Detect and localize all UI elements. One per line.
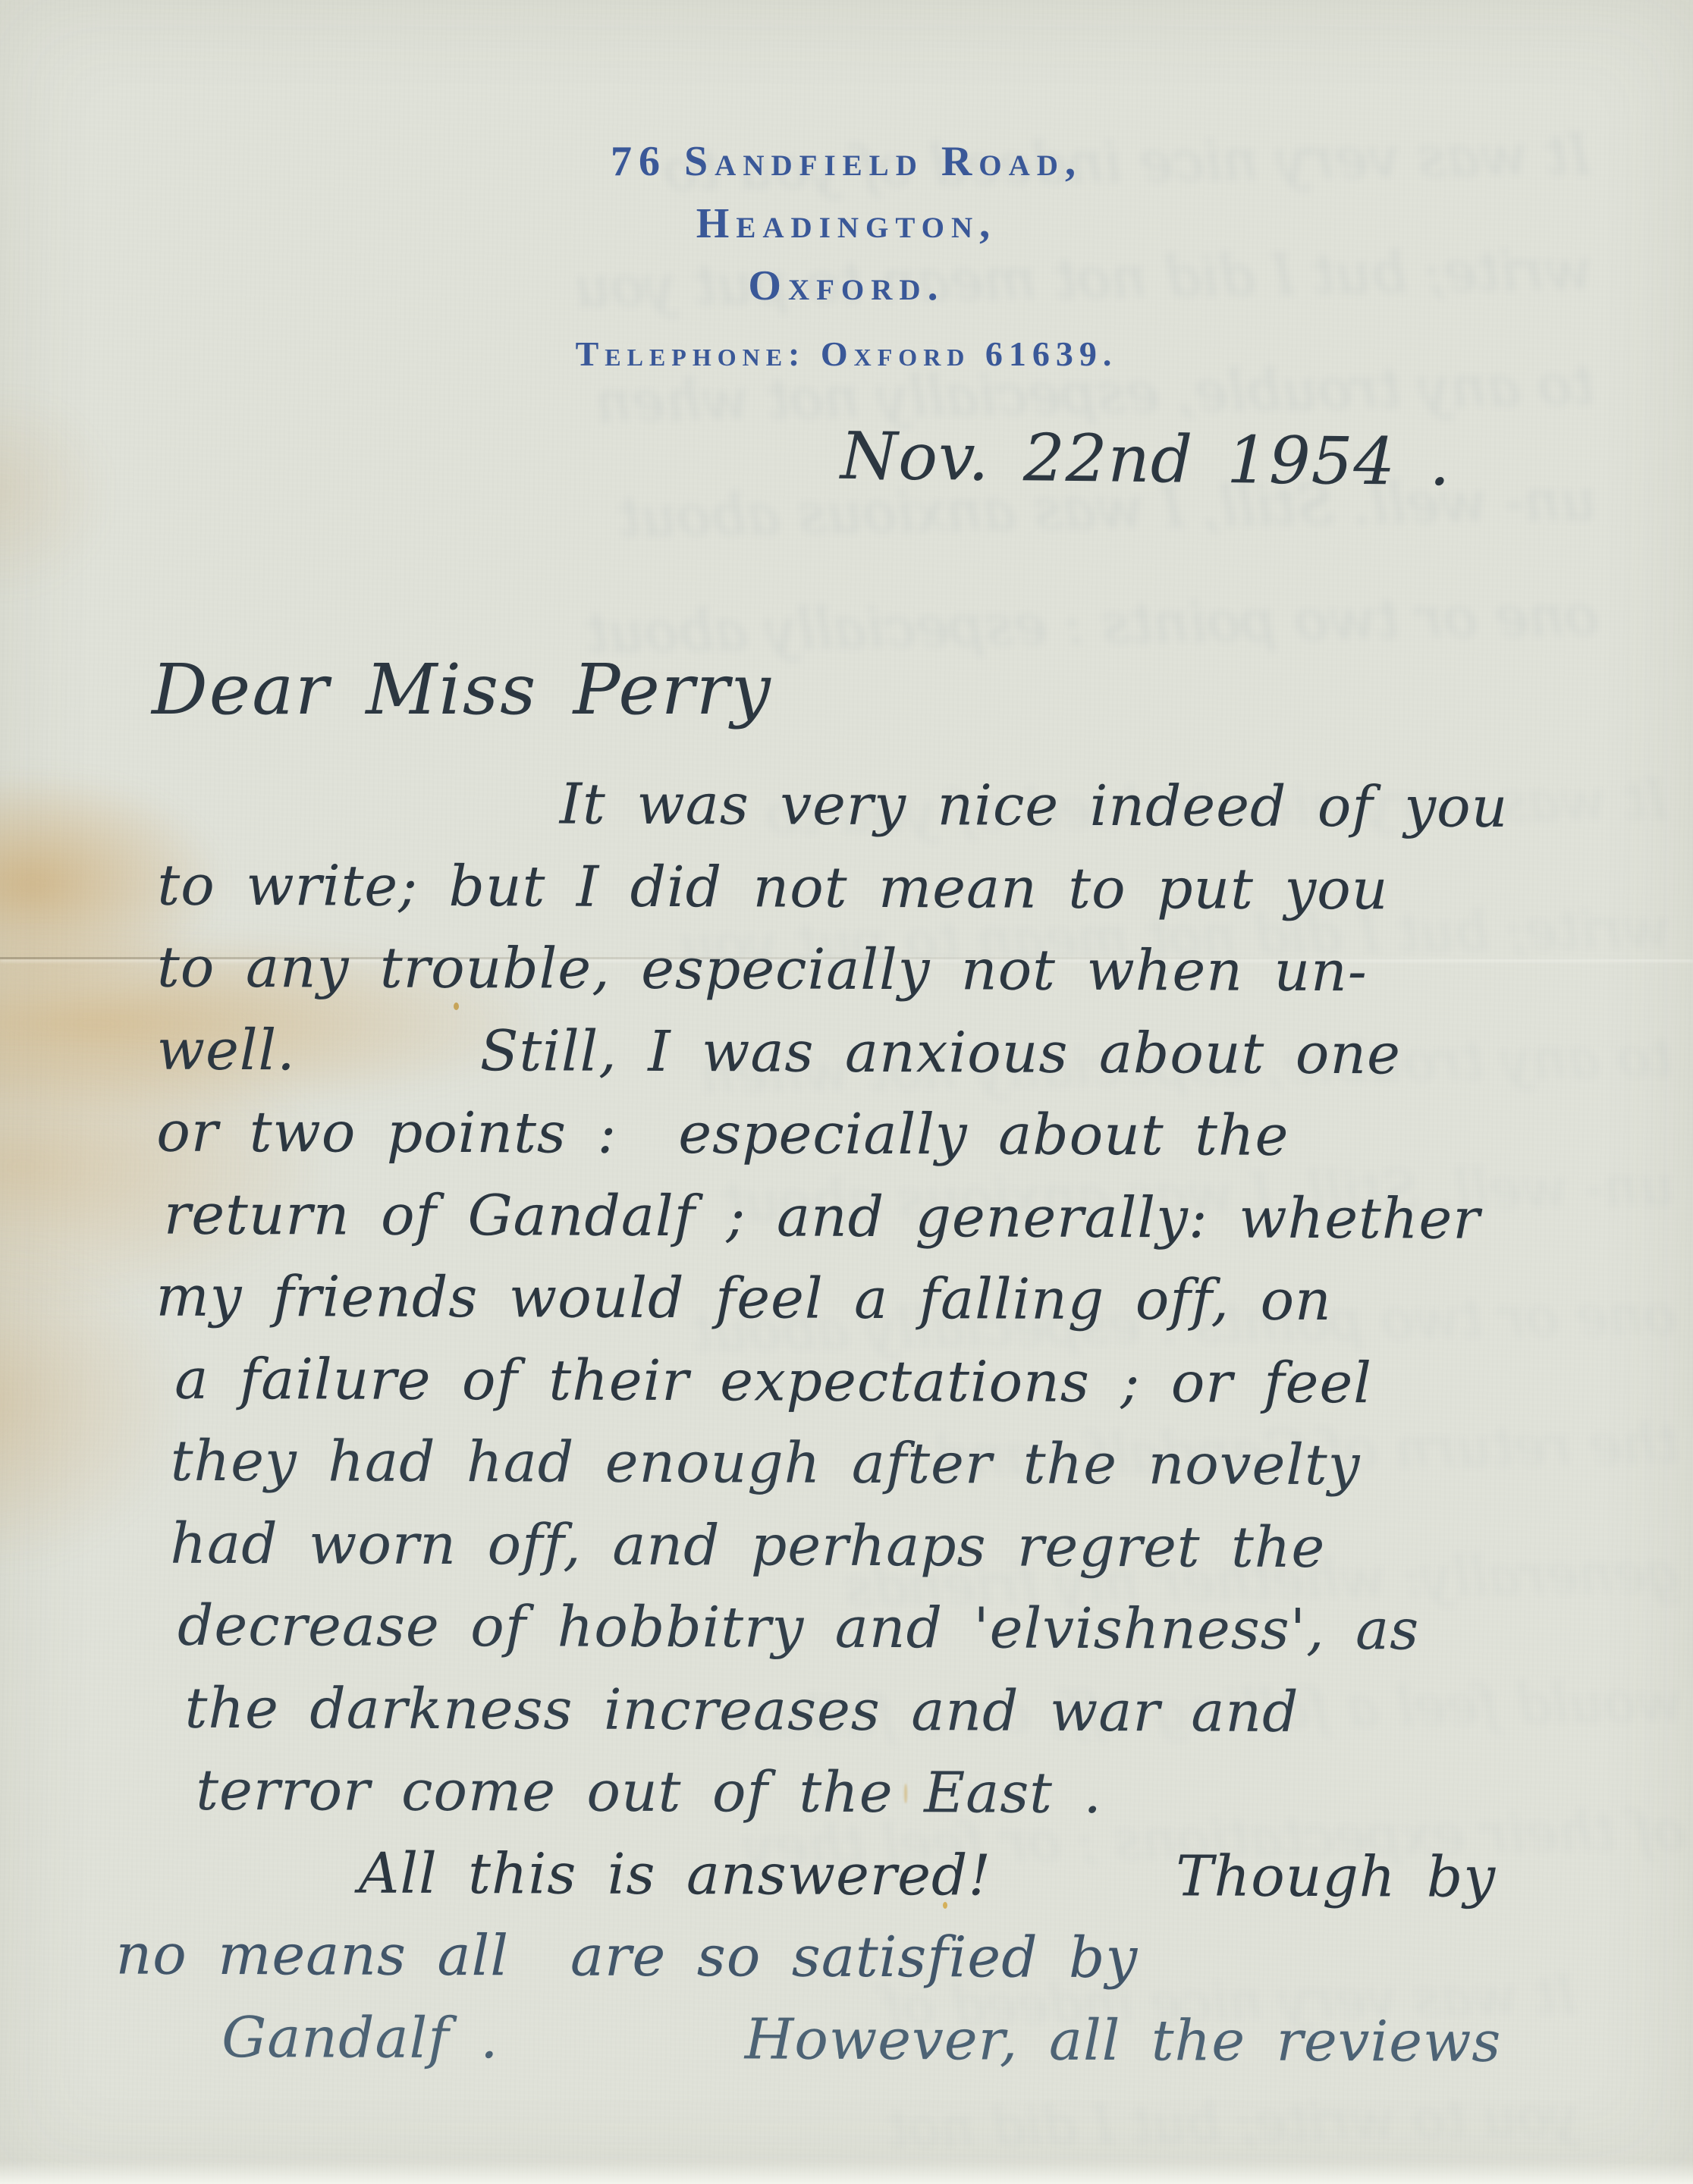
body-line: the darkness increases and war and	[184, 1667, 1610, 1754]
salutation: Dear Miss Perry	[152, 649, 772, 730]
letterhead-address-line2: Headington,	[0, 193, 1693, 255]
paper-stain	[0, 394, 106, 591]
body-line: return of Gandalf ; and generally: wheth…	[164, 1173, 1613, 1260]
letterhead-telephone: Telephone: Oxford 61639.	[0, 326, 1693, 382]
letter-date: Nov. 22nd 1954 .	[840, 419, 1451, 500]
scan-bottom-edge	[0, 2161, 1693, 2184]
body-line: no means all are so satisfied by	[115, 1913, 1610, 2000]
letter-body: It was very nice indeed of youto write; …	[153, 762, 1614, 2084]
body-line: or two points : especially about the	[156, 1091, 1613, 1178]
body-line: decrease of hobbitry and 'elvishness', a…	[177, 1585, 1611, 1672]
letterhead-address-line1: 76 Sandfield Road,	[0, 130, 1693, 193]
paper-stain	[0, 1244, 174, 1562]
body-line: Gandalf . However, all the reviews	[221, 1996, 1610, 2083]
body-line: to any trouble, especially not when un-	[157, 927, 1613, 1014]
body-line: well. Still, I was anxious about one	[157, 1009, 1613, 1096]
body-line: to write; but I did not mean to put you	[157, 844, 1613, 931]
body-line: they had had enough after the novelty	[171, 1420, 1612, 1508]
body-line: a failure of their expectations ; or fee…	[174, 1338, 1612, 1425]
body-line: my friends would feel a falling off, on	[155, 1256, 1612, 1343]
letter-page: It was very nice indeed of you to write;…	[0, 0, 1693, 2184]
letterhead-address-line3: Oxford.	[0, 255, 1693, 317]
body-line: terror come out of the East .	[196, 1749, 1610, 1837]
body-line: had worn off, and perhaps regret the	[170, 1502, 1611, 1589]
letterhead: 76 Sandfield Road, Headington, Oxford. T…	[0, 130, 1693, 382]
body-line: It was very nice indeed of you	[560, 764, 1614, 849]
body-line: All this is answered! Though by	[359, 1832, 1610, 1919]
